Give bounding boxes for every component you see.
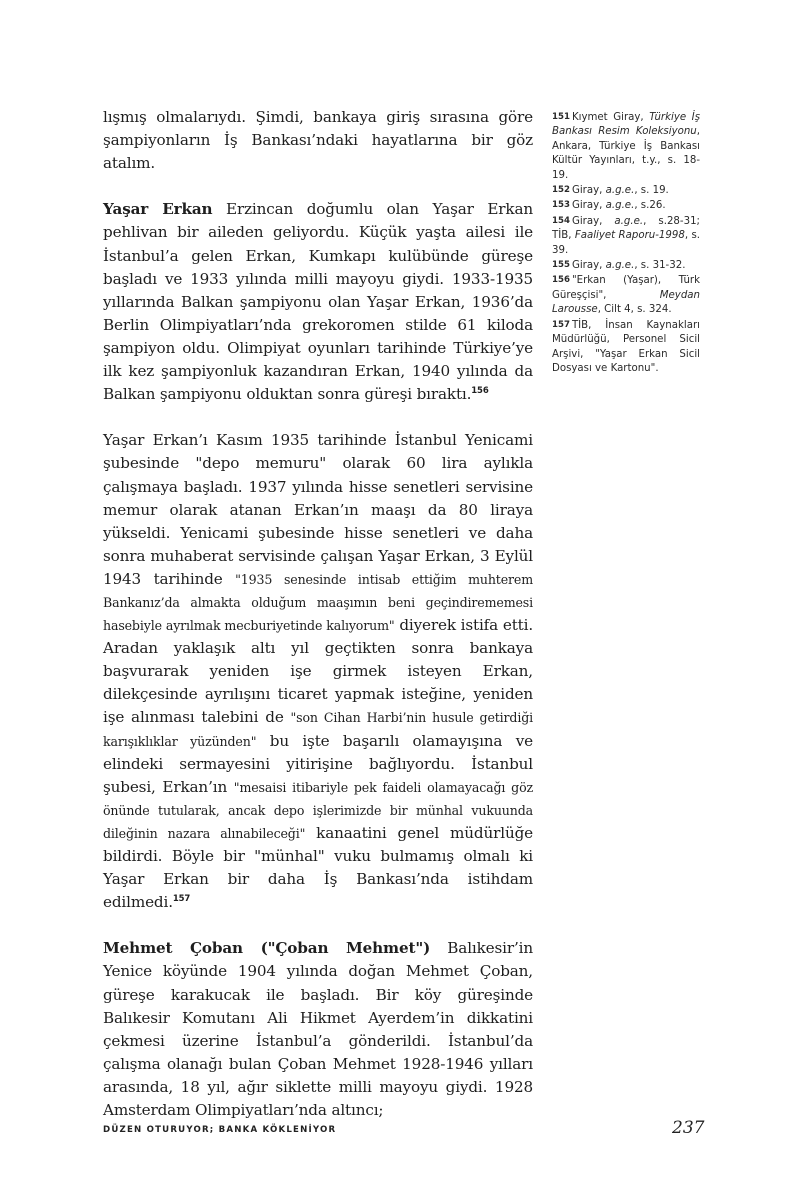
footnote-151: 151Kıymet Giray, Türkiye İş Bankası Resi… [552, 110, 700, 183]
footnote-153: 153Giray, a.g.e., s.26. [552, 198, 700, 213]
page-number: 237 [672, 1118, 704, 1138]
footnote-154: 154Giray, a.g.e., s.28-31; TİB, Faaliyet… [552, 214, 700, 258]
section-lead-mehmet-coban: Mehmet Çoban ("Çoban Mehmet") [103, 939, 430, 957]
footnote-157: 157TİB, İnsan Kaynakları Müdürlüğü, Pers… [552, 318, 700, 377]
running-title: DÜZEN OTURUYOR; BANKA KÖKLENİYOR [103, 1125, 336, 1135]
paragraph-text: Erzincan doğumlu olan Yaşar Erkan pehliv… [103, 200, 533, 403]
footnotes-sidebar: 151Kıymet Giray, Türkiye İş Bankası Resi… [552, 110, 700, 376]
footnote-152: 152Giray, a.g.e., s. 19. [552, 183, 700, 198]
paragraph-yasar-erkan-bank: Yaşar Erkan’ı Kasım 1935 tarihinde İstan… [103, 429, 533, 914]
paragraph-text: Balıkesir’in Yenice köyünde 1904 yılında… [103, 939, 533, 1119]
footnote-ref-156[interactable]: 156 [471, 386, 488, 396]
paragraph-intro: lışmış olmalarıydı. Şimdi, bankaya giriş… [103, 106, 533, 175]
footnote-155: 155Giray, a.g.e., s. 31-32. [552, 258, 700, 273]
section-lead-yasar-erkan: Yaşar Erkan [103, 200, 212, 218]
paragraph-mehmet-coban: Mehmet Çoban ("Çoban Mehmet") Balıkesir’… [103, 937, 533, 1122]
paragraph-yasar-erkan-bio: Yaşar Erkan Erzincan doğumlu olan Yaşar … [103, 198, 533, 406]
footnote-156: 156"Erkan (Yaşar), Türk Güreşçisi", Meyd… [552, 273, 700, 317]
footnote-ref-157[interactable]: 157 [173, 894, 190, 904]
paragraph-text: Yaşar Erkan’ı Kasım 1935 tarihinde İstan… [103, 431, 533, 588]
main-text-column: lışmış olmalarıydı. Şimdi, bankaya giriş… [103, 106, 533, 1145]
